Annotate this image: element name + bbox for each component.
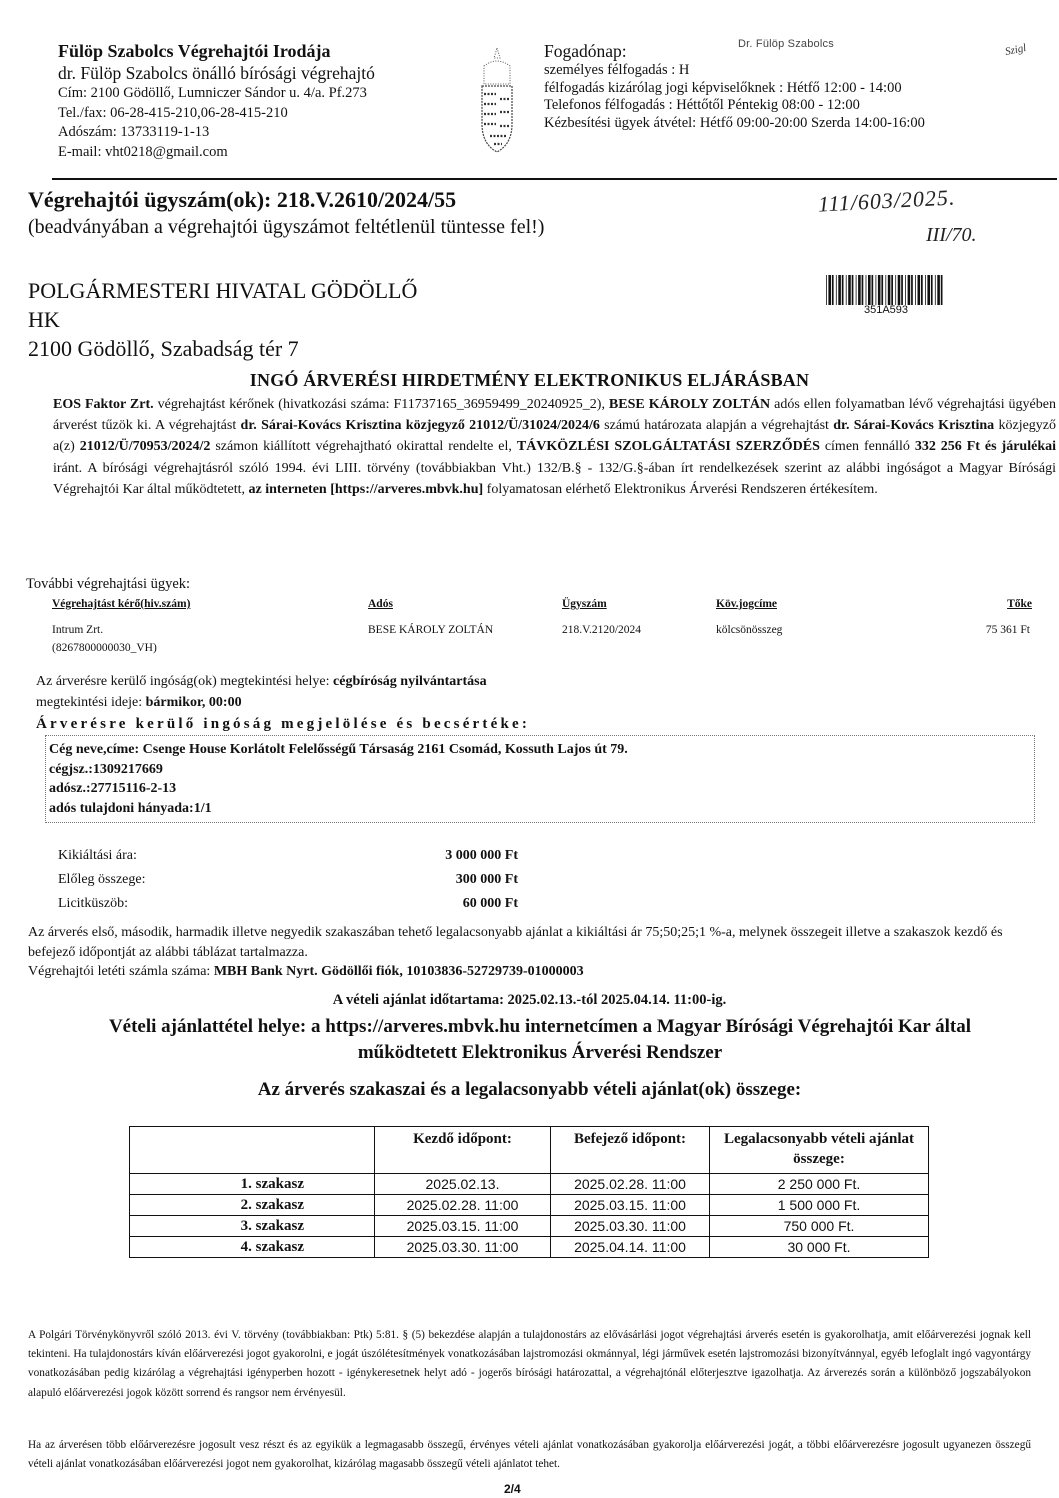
reception-line: Kézbesítési ügyek átvétel: Hétfő 09:00-2… (544, 115, 925, 133)
auction-stages-table: Kezdő időpont: Befejező időpont: Legalac… (129, 1126, 929, 1258)
reception-hours: Fogadónap: személyes félfogadás : H félf… (544, 40, 925, 132)
account-label: Végrehajtói letéti számla száma: (28, 964, 214, 979)
reception-line: Telefonos félfogadás : Héttőtől Péntekig… (544, 97, 925, 115)
reception-title: Fogadónap: (544, 40, 925, 62)
table-header-row: Kezdő időpont: Befejező időpont: Legalac… (130, 1127, 929, 1174)
legal-notice-preemption: A Polgári Törvénykönyvről szóló 2013. év… (28, 1326, 1031, 1403)
table-cell-claim-title: kölcsönösszeg (716, 624, 782, 636)
rules-text: Az árverés első, második, harmadik illet… (28, 923, 1038, 962)
viewing-place-value: cégbíróság nyilvántartása (333, 674, 487, 689)
stage-label: 1. szakasz (130, 1174, 375, 1195)
table-cell-debtor: BESE KÁROLY ZOLTÁN (368, 624, 493, 636)
viewing-time-value: bármikor, 00:00 (146, 695, 242, 710)
case-number-note: (beadványában a végrehajtói ügyszámot fe… (28, 214, 544, 240)
stage-min-offer: 30 000 Ft. (710, 1237, 929, 1258)
price-label: Kikiáltási ára: (58, 848, 137, 872)
column-header-min-offer: Legalacsonyabb vételi ajánlat összege: (710, 1127, 929, 1174)
column-header-debtor: Adós (368, 598, 393, 610)
column-header-start: Kezdő időpont: (375, 1127, 551, 1174)
table-row: 3. szakasz 2025.03.15. 11:00 2025.03.30.… (130, 1216, 929, 1237)
further-cases-title: További végrehajtási ügyek: (26, 576, 190, 593)
stage-label: 2. szakasz (130, 1195, 375, 1216)
price-value: 300 000 Ft (456, 872, 518, 896)
stage-start: 2025.02.28. 11:00 (375, 1195, 551, 1216)
price-label: Előleg összege: (58, 872, 145, 896)
case-number-block: Végrehajtói ügyszám(ok): 218.V.2610/2024… (28, 186, 544, 240)
stage-start: 2025.02.13. (375, 1174, 551, 1195)
price-value: 3 000 000 Ft (445, 848, 518, 872)
office-phone: Tel./fax: 06-28-415-210,06-28-415-210 (58, 104, 375, 124)
stage-end: 2025.03.30. 11:00 (551, 1216, 710, 1237)
office-header: Fülöp Szabolcs Végrehajtói Irodája dr. F… (58, 40, 375, 162)
header-divider (52, 178, 1057, 180)
viewing-place-label: Az árverésre kerülő ingóság(ok) megtekin… (36, 674, 333, 689)
office-name: Fülöp Szabolcs Végrehajtói Irodája (58, 40, 375, 62)
viewing-info: Az árverésre kerülő ingóság(ok) megtekin… (36, 671, 487, 713)
handwritten-filing-number: III/70. (926, 224, 977, 247)
stage-start: 2025.03.30. 11:00 (375, 1237, 551, 1258)
table-row: 2. szakasz 2025.02.28. 11:00 2025.03.15.… (130, 1195, 929, 1216)
addressee-address: 2100 Gödöllő, Szabadság tér 7 (28, 334, 417, 363)
page-number: 2/4 (504, 1482, 521, 1496)
bailiff-name: dr. Fülöp Szabolcs önálló bírósági végre… (58, 62, 375, 84)
price-row-deposit: Előleg összege:300 000 Ft (58, 872, 518, 896)
signature: Szigl (1004, 42, 1027, 58)
paragraph-text: végrehajtást kérőnek (hivatkozási száma:… (154, 397, 609, 412)
enforceable-document-number: 21012/Ü/70953/2024/2 (80, 439, 211, 454)
paragraph-text: folyamatosan elérhető Elektronikus Árver… (483, 482, 878, 497)
price-value: 60 000 Ft (463, 896, 518, 920)
price-row-bid-increment: Licitküszöb:60 000 Ft (58, 896, 518, 920)
table-cell-case-number: 218.V.2120/2024 (562, 624, 641, 636)
document-title: INGÓ ÁRVERÉSI HIRDETMÉNY ELEKTRONIKUS EL… (0, 370, 1059, 391)
coat-of-arms-icon (476, 44, 518, 156)
auction-announcement-paragraph: EOS Faktor Zrt. végrehajtást kérőnek (hi… (53, 394, 1056, 500)
stage-label: 4. szakasz (130, 1237, 375, 1258)
column-header-case-number: Ügyszám (562, 598, 607, 610)
stage-min-offer: 750 000 Ft. (710, 1216, 929, 1237)
item-tax-number: adósz.:27715116-2-13 (49, 779, 1034, 799)
stage-end: 2025.04.14. 11:00 (551, 1237, 710, 1258)
office-address: Cím: 2100 Gödöllő, Lumniczer Sándor u. 4… (58, 84, 375, 104)
column-header-end: Befejező időpont: (551, 1127, 710, 1174)
item-section-title: Árverésre kerülő ingóság megjelölése és … (36, 716, 530, 733)
viewing-time-label: megtekintési ideje: (36, 695, 146, 710)
stage-min-offer: 2 250 000 Ft. (710, 1174, 929, 1195)
auction-website-link[interactable]: az interneten [https://arveres.mbvk.hu] (249, 482, 484, 497)
account-value: MBH Bank Nyrt. Gödöllői fiók, 10103836-5… (214, 964, 584, 979)
addressee-block: POLGÁRMESTERI HIVATAL GÖDÖLLŐ HK 2100 Gö… (28, 276, 417, 363)
case-number: Végrehajtói ügyszám(ok): 218.V.2610/2024… (28, 186, 544, 214)
stage-end: 2025.02.28. 11:00 (551, 1174, 710, 1195)
table-cell-creditor-ref: (8267800000030_VH) (52, 642, 157, 654)
column-header-stage (130, 1127, 375, 1174)
barcode-icon (826, 275, 946, 305)
paragraph-text: számon kiállított végrehajtható okiratta… (210, 439, 516, 454)
notary-name: dr. Sárai-Kovács Krisztina (833, 418, 994, 433)
stage-label: 3. szakasz (130, 1216, 375, 1237)
handwritten-registry-number: 111/603/2025. (817, 184, 956, 217)
table-cell-creditor: Intrum Zrt. (52, 624, 103, 636)
stamp-name: Dr. Fülöp Szabolcs (738, 38, 834, 50)
reception-line: félfogadás kizárólag jogi képviselőknek … (544, 80, 925, 98)
price-label: Licitküszöb: (58, 896, 128, 920)
item-ownership-share: adós tulajdoni hányada:1/1 (49, 799, 1034, 819)
price-row-starting: Kikiáltási ára:3 000 000 Ft (58, 848, 518, 872)
claim-amount: 332 256 Ft és járulékai (915, 439, 1056, 454)
office-email: E-mail: vht0218@gmail.com (58, 143, 375, 163)
stage-min-offer: 1 500 000 Ft. (710, 1195, 929, 1216)
column-header-claim-title: Köv.jogcíme (716, 598, 777, 610)
paragraph-text: számú határozata alapján a végrehajtást (600, 418, 833, 433)
item-description-box: Cég neve,címe: Csenge House Korlátolt Fe… (45, 735, 1035, 823)
reception-line: személyes félfogadás : H (544, 62, 925, 80)
stage-end: 2025.03.15. 11:00 (551, 1195, 710, 1216)
paragraph-text: címen fennálló (820, 439, 915, 454)
debtor-name: BESE KÁROLY ZOLTÁN (609, 397, 770, 412)
barcode-number: 351A593 (826, 304, 946, 316)
column-header-capital: Tőke (1007, 598, 1032, 610)
auction-rules: Az árverés első, második, harmadik illet… (28, 923, 1038, 982)
offer-place: Vételi ajánlattétel helye: a https://arv… (60, 1014, 1020, 1066)
item-registration-number: cégjsz.:1309217669 (49, 760, 1034, 780)
stage-start: 2025.03.15. 11:00 (375, 1216, 551, 1237)
notary-decision: dr. Sárai-Kovács Krisztina közjegyző 210… (241, 418, 600, 433)
contract-type: TÁVKÖZLÉSI SZOLGÁLTATÁSI SZERZŐDÉS (517, 439, 820, 454)
legal-notice-multiple-bidders: Ha az árverésen több előárverezésre jogo… (28, 1436, 1031, 1474)
addressee-dept: HK (28, 305, 417, 334)
item-company: Cég neve,címe: Csenge House Korlátolt Fe… (49, 740, 1034, 760)
creditor-name: EOS Faktor Zrt. (53, 397, 154, 412)
offer-duration: A vételi ajánlat időtartama: 2025.02.13.… (0, 992, 1059, 1009)
table-row: 4. szakasz 2025.03.30. 11:00 2025.04.14.… (130, 1237, 929, 1258)
table-row: 1. szakasz 2025.02.13. 2025.02.28. 11:00… (130, 1174, 929, 1195)
column-header-creditor: Végrehajtást kérő(hiv.szám) (52, 598, 190, 610)
addressee-name: POLGÁRMESTERI HIVATAL GÖDÖLLŐ (28, 276, 417, 305)
price-list: Kikiáltási ára:3 000 000 Ft Előleg össze… (58, 848, 518, 920)
office-tax-number: Adószám: 13733119-1-13 (58, 123, 375, 143)
stages-title: Az árverés szakaszai és a legalacsonyabb… (0, 1079, 1059, 1101)
table-cell-capital: 75 361 Ft (986, 624, 1030, 636)
